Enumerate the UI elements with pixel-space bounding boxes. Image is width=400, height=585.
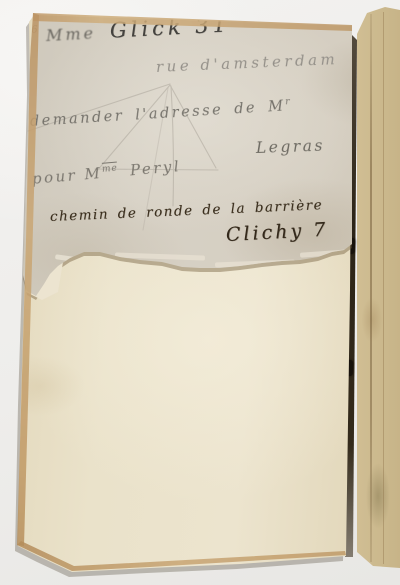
handwritten-for-superscript: me: [101, 162, 118, 175]
photo-backdrop: 46 MmeGlick 31 rue d'amsterdam demander …: [0, 0, 400, 585]
handwritten-name-prefix: Mme: [46, 23, 97, 45]
handwritten-district-line: Clichy 7: [226, 221, 329, 245]
handwritten-surname: Legras: [256, 139, 325, 157]
page-crease-line: [370, 14, 372, 562]
page-crease-line: [383, 12, 384, 564]
handwritten-request-superscript: r: [285, 97, 291, 107]
